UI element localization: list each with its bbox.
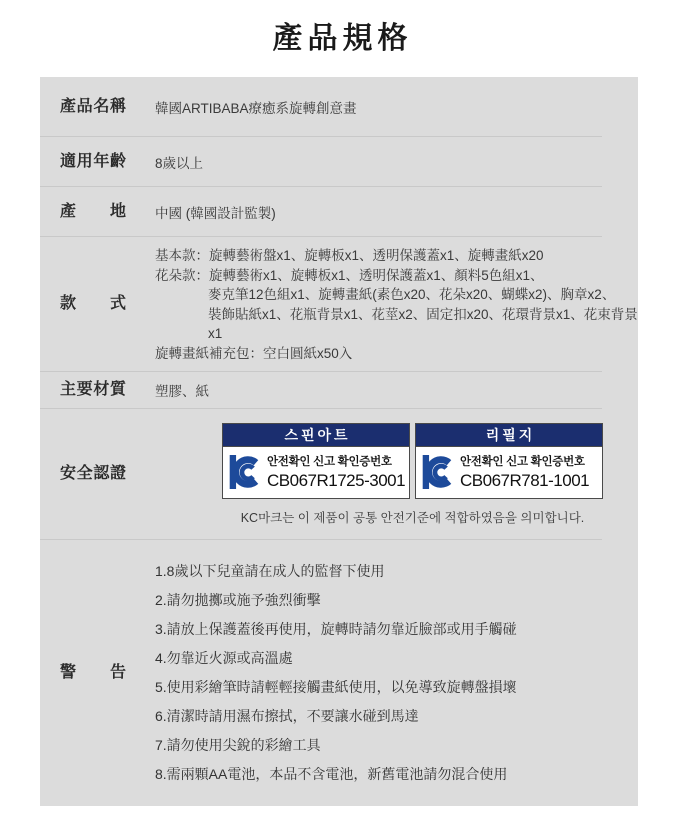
warning-item: 1.8歲以下兒童請在成人的監督下使用 <box>155 557 517 586</box>
kc-mark-icon <box>421 452 455 492</box>
row-label-materials: 主要材質 <box>60 381 126 399</box>
kc-badge-spin-art: 스핀아트 안전확인 신고 확인증번호 CB <box>222 423 410 499</box>
kc-cert-label: 안전확인 신고 확인증번호 <box>460 453 589 469</box>
style-line-flower-cont: 麥克筆12色組x1、旋轉畫紙(素色x20、花朵x20、蝴蝶x2)、胸章x2、 <box>155 285 638 305</box>
spec-row-age: 適用年齡 8歲以上 <box>40 137 638 186</box>
kc-cert-label: 안전확인 신고 확인증번호 <box>267 453 405 469</box>
row-label-product-name: 產品名稱 <box>60 98 126 116</box>
spec-table: 產品名稱 韓國ARTIBABA療癒系旋轉創意畫 適用年齡 8歲以上 產地 中國 … <box>40 77 638 806</box>
page-title: 產品規格 <box>0 0 680 56</box>
style-line-flower: 花朵款：旋轉藝術x1、旋轉板x1、透明保護蓋x1、顏料5色組x1、 <box>155 266 638 286</box>
row-label-warning: 警告 <box>60 664 126 682</box>
row-label-certification: 安全認證 <box>60 465 126 483</box>
warning-item: 4.勿靠近火源或高溫處 <box>155 644 517 673</box>
row-value-styles: 基本款：旋轉藝術盤x1、旋轉板x1、透明保護蓋x1、旋轉畫紙x20 花朵款：旋轉… <box>155 237 638 371</box>
style-line-flower-cont: 裝飾貼紙x1、花瓶背景x1、花莖x2、固定扣x20、花環背景x1、花束背景x1 <box>155 305 638 344</box>
kc-cert-number: CB067R1725-3001 <box>267 471 405 491</box>
style-line-refill: 旋轉畫紙補充包：空白圓紙x50入 <box>155 344 638 364</box>
kc-note: KC마크는 이 제품이 공통 안전기준에 적합하였음을 의미합니다. <box>222 508 603 526</box>
row-value-certification: 스핀아트 안전확인 신고 확인증번호 CB <box>222 423 603 526</box>
row-value-origin: 中國 (韓國設計監製) <box>155 202 276 222</box>
warning-item: 6.清潔時請用濕布擦拭，不要讓水碰到馬達 <box>155 702 517 731</box>
product-spec-page: 產品規格 產品名稱 韓國ARTIBABA療癒系旋轉創意畫 適用年齡 8歲以上 產… <box>0 0 680 828</box>
row-value-age: 8歲以上 <box>155 152 203 172</box>
kc-badge-refill: 리필지 안전확인 신고 확인증번호 CB0 <box>415 423 603 499</box>
row-label-styles: 款式 <box>60 295 126 313</box>
spec-row-materials: 主要材質 塑膠、紙 <box>40 372 638 408</box>
row-label-age: 適用年齡 <box>60 153 126 171</box>
warning-item: 8.需兩顆AA電池，本品不含電池，新舊電池請勿混合使用 <box>155 760 517 789</box>
warning-item: 2.請勿拋擲或施予強烈衝擊 <box>155 586 517 615</box>
kc-badges: 스핀아트 안전확인 신고 확인증번호 CB <box>222 423 603 499</box>
kc-cert-number: CB067R781-1001 <box>460 471 589 491</box>
style-line-basic: 基本款：旋轉藝術盤x1、旋轉板x1、透明保護蓋x1、旋轉畫紙x20 <box>155 246 638 266</box>
spec-row-certification: 安全認證 스핀아트 <box>40 409 638 539</box>
spec-row-warning: 警告 1.8歲以下兒童請在成人的監督下使用 2.請勿拋擲或施予強烈衝擊 3.請放… <box>40 540 638 806</box>
warning-item: 7.請勿使用尖銳的彩繪工具 <box>155 731 517 760</box>
kc-badge-title: 스핀아트 <box>223 424 409 446</box>
row-value-materials: 塑膠、紙 <box>155 380 209 400</box>
kc-mark-icon <box>228 452 262 492</box>
warning-item: 3.請放上保護蓋後再使用，旋轉時請勿靠近臉部或用手觸碰 <box>155 615 517 644</box>
kc-badge-title: 리필지 <box>416 424 602 446</box>
warning-item: 5.使用彩繪筆時請輕輕接觸畫紙使用，以免導致旋轉盤損壞 <box>155 673 517 702</box>
spec-row-product-name: 產品名稱 韓國ARTIBABA療癒系旋轉創意畫 <box>40 77 638 136</box>
row-value-product-name: 韓國ARTIBABA療癒系旋轉創意畫 <box>155 97 357 117</box>
spec-row-styles: 款式 基本款：旋轉藝術盤x1、旋轉板x1、透明保護蓋x1、旋轉畫紙x20 花朵款… <box>40 237 638 371</box>
spec-row-origin: 產地 中國 (韓國設計監製) <box>40 187 638 236</box>
row-label-origin: 產地 <box>60 203 126 221</box>
row-value-warning: 1.8歲以下兒童請在成人的監督下使用 2.請勿拋擲或施予強烈衝擊 3.請放上保護… <box>155 557 517 789</box>
